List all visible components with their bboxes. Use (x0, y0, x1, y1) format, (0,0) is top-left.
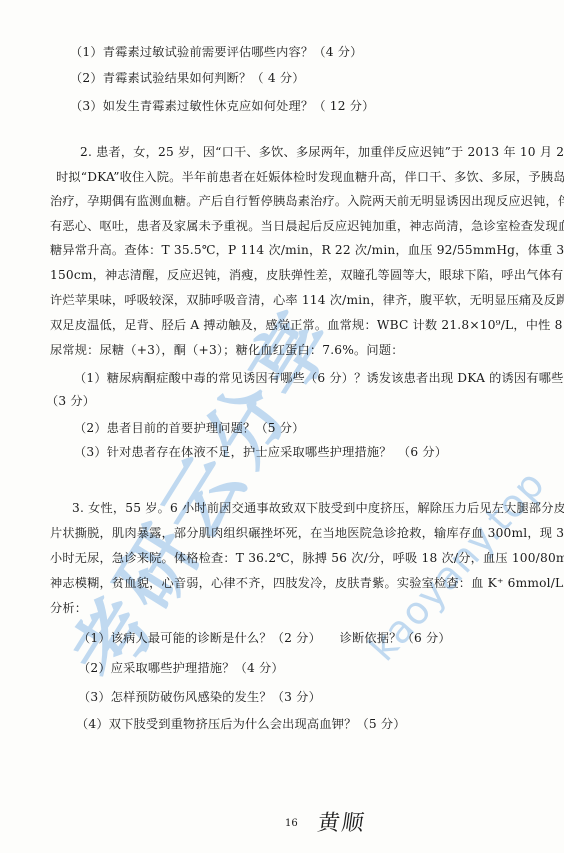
case2-line-3: 治疗，孕期偶有监测血糖。产后自行暂停胰岛素治疗。入院两天前无明显诱因出现反应迟钝… (50, 193, 564, 209)
case2-line-6: 150cm，神志清醒，反应迟钝，消瘦，皮肤弹性差，双瞳孔等圆等大，眼球下陷，呼出… (50, 267, 564, 283)
case3-line-4: 神志模糊，贫血貌，心音弱，心律不齐，四肢发冷，皮肤青紫。实验室检查：血 K⁺ 6… (50, 575, 564, 591)
case3-question-1: （1）该病人最可能的诊断是什么？（2 分） 诊断依据？（6 分） (78, 630, 451, 646)
case3-question-3: （3）怎样预防破伤风感染的发生？（3 分） (78, 689, 321, 705)
case2-question-1-points: （3 分） (46, 393, 95, 409)
case3-question-4: （4）双下肢受到重物挤压后为什么会出现高血钾？（5 分） (76, 716, 406, 732)
prev-question-3: （3）如发生青霉素过敏性休克应如何处理？（ 12 分） (70, 98, 375, 114)
case3-question-2: （2）应采取哪些护理措施？（4 分） (78, 660, 284, 676)
case3-line-1: 3. 女性，55 岁。6 小时前因交通事故致双下肢受到中度挤压，解除压力后见左大… (72, 500, 564, 516)
case2-line-4: 有恶心、呕吐，患者及家属未予重视。当日晨起后反应迟钝加重，神志尚清，急诊室检查发… (50, 218, 564, 234)
handwritten-signature: 黄顺 (316, 806, 368, 837)
case2-line-7: 许烂苹果味，呼吸较深，双肺呼吸音清，心率 114 次/min，律齐，腹平软，无明… (50, 292, 564, 308)
case2-question-2: （2）患者目前的首要护理问题？（5 分） (74, 420, 305, 436)
case2-question-1: （1）糖尿病酮症酸中毒的常见诱因有哪些（6 分）？诱发该患者出现 DKA 的诱因… (74, 370, 564, 386)
case3-line-3: 小时无尿，急诊来院。体格检查：T 36.2℃，脉搏 56 次/分，呼吸 18 次… (50, 550, 564, 566)
prev-question-1: （1）青霉素过敏试验前需要评估哪些内容？（4 分） (70, 44, 363, 60)
case3-line-2: 片状撕脱，肌肉暴露，部分肌肉组织碾挫坏死，在当地医院急诊抢救，输库存血 300m… (50, 525, 564, 541)
prev-question-2: （2）青霉素试验结果如何判断？（ 4 分） (70, 70, 305, 86)
case2-line-9: 尿常规：尿糖（+3），酮（+3）；糖化血红蛋白：7.6%。问题： (50, 342, 404, 358)
page-number: 16 (285, 818, 298, 829)
case2-line-5: 糖异常升高。查体：T 35.5℃，P 114 次/min，R 22 次/min，… (50, 242, 564, 258)
case2-line-1: 2. 患者，女，25 岁，因“口干、多饮、多尿两年，加重伴反应迟钝”于 2013… (80, 144, 564, 160)
case2-line-2: 时拟“DKA”收住入院。半年前患者在妊娠体检时发现血糖升高，伴口干、多饮、多尿，… (56, 169, 564, 185)
case2-question-3: （3）针对患者存在体液不足，护士应采取哪些护理措施？ （6 分） (74, 444, 447, 460)
case2-line-8: 双足皮温低，足背、胫后 A 搏动触及，感觉正常。血常规：WBC 计数 21.8×… (50, 317, 564, 333)
case3-line-5: 分析： (50, 600, 87, 616)
